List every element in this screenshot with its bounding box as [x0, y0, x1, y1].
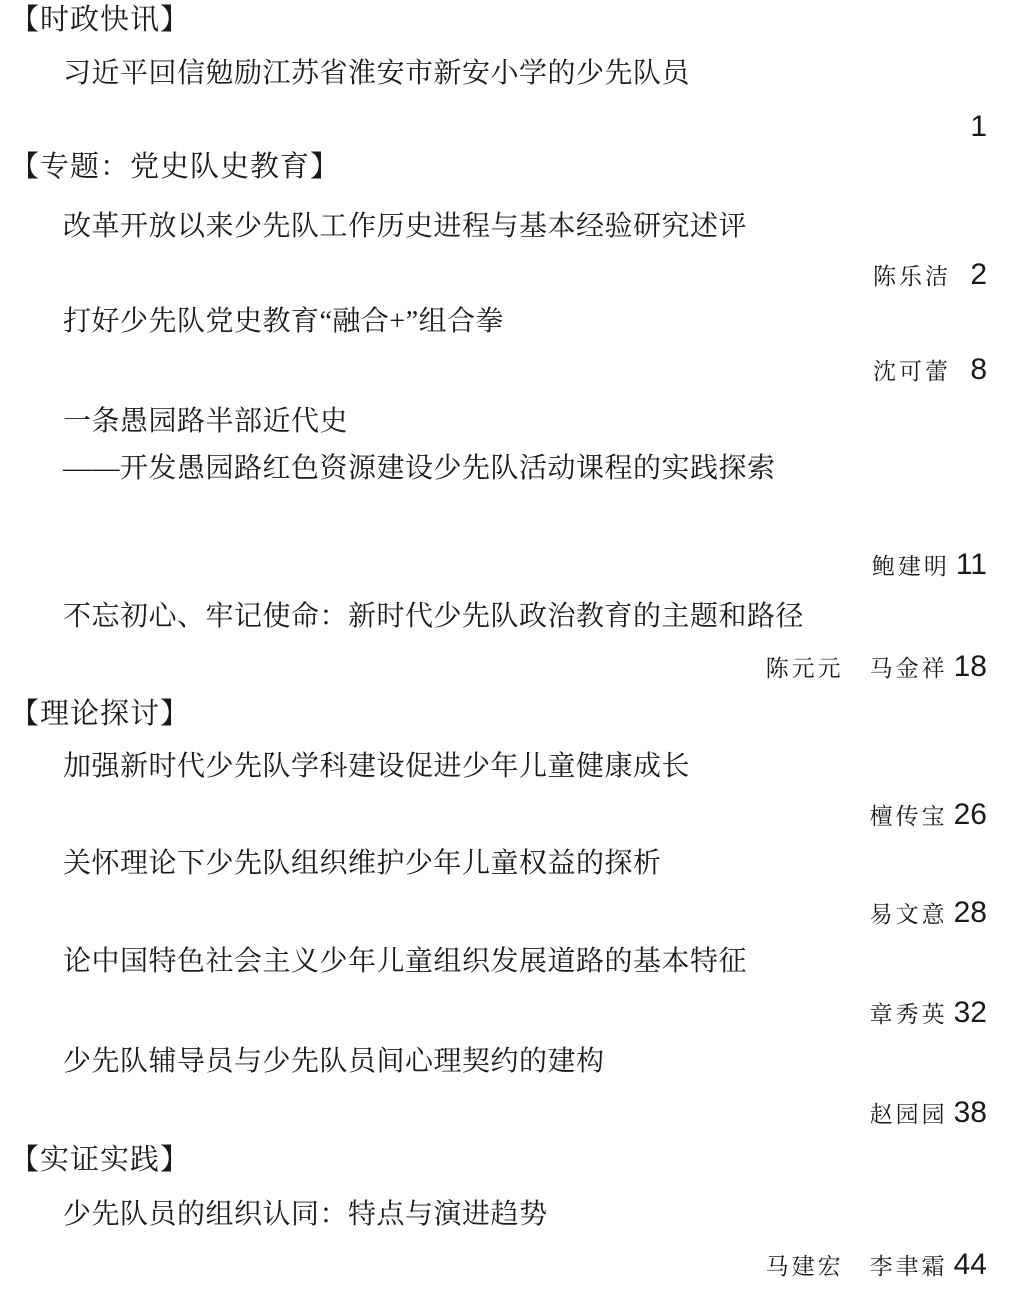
author-names: 易文意 — [870, 903, 948, 926]
section-heading: 【专题：党史队史教育】 — [10, 153, 340, 182]
author-names: 赵园园 — [870, 1103, 948, 1126]
article-title: 少先队辅导员与少先队员间心理契约的建构 — [63, 1048, 605, 1076]
author-page-line: 赵园园 38 — [870, 1098, 987, 1128]
author-page-line: 马建宏 李聿霜 44 — [766, 1250, 987, 1280]
author-names: 檀传宝 — [870, 805, 948, 828]
author-page-line: 檀传宝 26 — [870, 800, 987, 830]
author-names: 章秀英 — [870, 1003, 948, 1026]
page-number: 44 — [954, 1250, 987, 1280]
article-subtitle: ——开发愚园路红色资源建设少先队活动课程的实践探索 — [63, 455, 776, 483]
page-number: 38 — [954, 1098, 987, 1128]
author-names: 鲍建明 — [872, 555, 950, 578]
author-names: 马建宏 李聿霜 — [766, 1255, 948, 1278]
page-number: 18 — [954, 652, 987, 682]
author-page-line: 章秀英 32 — [870, 998, 987, 1028]
author-page-line: 易文意 28 — [870, 898, 987, 928]
page-number: 1 — [957, 112, 987, 142]
author-page-line: 1 — [951, 112, 987, 142]
toc-document-page: 【时政快讯】 习近平回信勉励江苏省淮安市新安小学的少先队员 1 【专题：党史队史… — [0, 0, 1014, 1302]
article-title: 加强新时代少先队学科建设促进少年儿童健康成长 — [63, 753, 690, 781]
page-number: 2 — [957, 260, 987, 290]
section-heading: 【理论探讨】 — [10, 700, 190, 729]
article-title: 习近平回信勉励江苏省淮安市新安小学的少先队员 — [63, 60, 690, 88]
article-title: 改革开放以来少先队工作历史进程与基本经验研究述评 — [63, 213, 747, 241]
article-title: 少先队员的组织认同：特点与演进趋势 — [63, 1201, 548, 1229]
article-title: 论中国特色社会主义少年儿童组织发展道路的基本特征 — [63, 948, 747, 976]
page-number: 8 — [957, 355, 987, 385]
section-heading: 【时政快讯】 — [10, 6, 190, 35]
author-page-line: 陈乐洁 2 — [873, 260, 987, 290]
author-names: 沈可蕾 — [873, 360, 951, 383]
author-page-line: 鲍建明 11 — [872, 550, 987, 580]
author-page-line: 陈元元 马金祥 18 — [766, 652, 987, 682]
section-heading: 【实证实践】 — [10, 1146, 190, 1175]
page-number: 32 — [954, 998, 987, 1028]
article-title: 不忘初心、牢记使命：新时代少先队政治教育的主题和路径 — [63, 603, 804, 631]
article-title: 一条愚园路半部近代史 — [63, 408, 348, 436]
article-title: 打好少先队党史教育“融合+”组合拳 — [63, 308, 504, 336]
page-number: 11 — [956, 550, 987, 580]
author-page-line: 沈可蕾 8 — [873, 355, 987, 385]
article-title: 关怀理论下少先队组织维护少年儿童权益的探析 — [63, 850, 662, 878]
author-names: 陈乐洁 — [873, 265, 951, 288]
author-names: 陈元元 马金祥 — [766, 657, 948, 680]
page-number: 28 — [954, 898, 987, 928]
page-number: 26 — [954, 800, 987, 830]
